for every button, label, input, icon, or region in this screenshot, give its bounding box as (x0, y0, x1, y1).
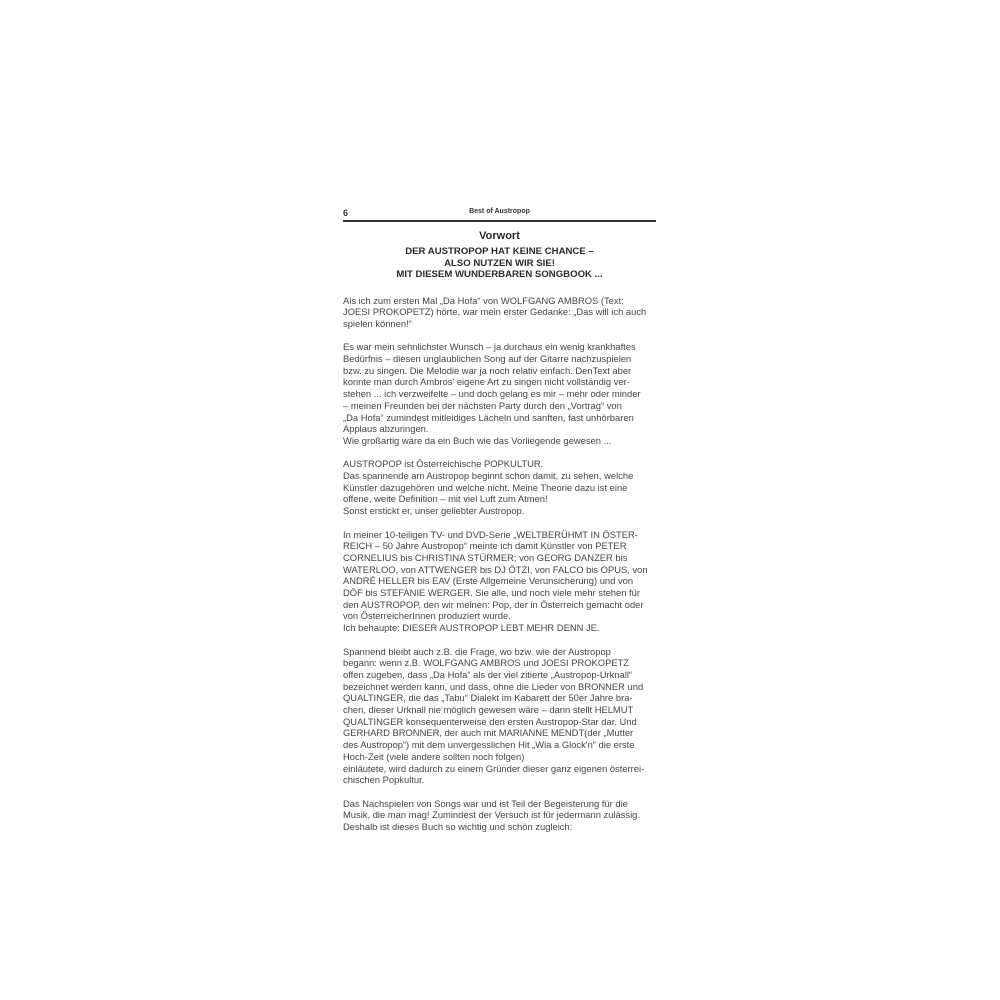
paragraph-3: AUSTROPOP ist Österreichische POPKULTUR.… (343, 458, 656, 517)
text-line: Applaus abzuringen. (343, 423, 656, 435)
page-header: 6 Best of Austropop (343, 207, 656, 220)
text-line: stehen ... ich verzweifelte – und doch g… (343, 388, 656, 400)
text-line: Künstler dazugehören und welche nicht. M… (343, 482, 656, 494)
text-line: begann: wenn z.B. WOLFGANG AMBROS und JO… (343, 657, 656, 669)
text-line: ANDRÉ HELLER bis EAV (Erste Allgemeine V… (343, 575, 656, 587)
text-line: In meiner 10-teiligen TV- und DVD-Serie … (343, 529, 656, 541)
subtitle-line: MIT DIESEM WUNDERBAREN SONGBOOK ... (343, 269, 656, 281)
paragraph-4: In meiner 10-teiligen TV- und DVD-Serie … (343, 529, 656, 634)
text-line: Es war mein sehnlichster Wunsch – ja dur… (343, 341, 656, 353)
text-line: JOESI PROKOPETZ) hörte, war mein erster … (343, 306, 656, 318)
text-line: von ÖsterreicherInnen produziert wurde. (343, 610, 656, 622)
text-line: Sonst erstickt er, unser geliebter Austr… (343, 505, 656, 517)
text-line: Wie großartig wäre da ein Buch wie das V… (343, 435, 656, 447)
text-line: Musik, die man mag! Zumindest der Versuc… (343, 809, 656, 821)
text-line: – meinen Freunden bei der nächsten Party… (343, 400, 656, 412)
text-line: QUALTINGER, die das „Tabu“ Dialekt im Ka… (343, 692, 656, 704)
subtitle-line: ALSO NUTZEN WIR SIE! (343, 258, 656, 270)
text-line: DÖF bis STEFANIE WERGER. Sie alle, und n… (343, 587, 656, 599)
text-line: Bedürfnis – diesen unglaublichen Song au… (343, 353, 656, 365)
body-text: Als ich zum ersten Mal „Da Hofa“ von WOL… (343, 295, 656, 833)
text-line: Das spannende am Austropop beginnt schon… (343, 470, 656, 482)
text-line: spielen können!“ (343, 318, 656, 330)
text-line: Deshalb ist dieses Buch so wichtig und s… (343, 821, 656, 833)
text-line: QUALTINGER konsequenterweise den ersten … (343, 716, 656, 728)
text-line: einläutete, wird dadurch zu einem Gründe… (343, 763, 656, 775)
text-line: chischen Popkultur. (343, 774, 656, 786)
text-line: konnte man durch Ambros' eigene Art zu s… (343, 376, 656, 388)
header-rule (343, 220, 656, 222)
text-line: CORNELIUS bis CHRISTINA STÜRMER; von GEO… (343, 552, 656, 564)
text-line: Als ich zum ersten Mal „Da Hofa“ von WOL… (343, 295, 656, 307)
text-line: Ich behaupte: DIESER AUSTROPOP LEBT MEHR… (343, 622, 656, 634)
text-line: des Austropop“) mit dem unvergesslichen … (343, 739, 656, 751)
section-title: Vorwort (343, 230, 656, 242)
book-page: 6 Best of Austropop Vorwort DER AUSTROPO… (343, 207, 656, 844)
text-line: Spannend bleibt auch z.B. die Frage, wo … (343, 646, 656, 658)
text-line: „Da Hofa“ zumindest mitleidiges Lächeln … (343, 412, 656, 424)
text-line: WATERLOO, von ATTWENGER bis DJ ÖTZI, von… (343, 564, 656, 576)
text-line: offene, weite Definition – mit viel Luft… (343, 493, 656, 505)
text-line: REICH – 50 Jahre Austropop“ meinte ich d… (343, 540, 656, 552)
text-line: bzw. zu singen. Die Melodie war ja noch … (343, 365, 656, 377)
text-line: Hoch-Zeit (viele andere sollten noch fol… (343, 751, 656, 763)
paragraph-5: Spannend bleibt auch z.B. die Frage, wo … (343, 646, 656, 786)
text-line: den AUSTROPOP, den wir meinen: Pop, der … (343, 599, 656, 611)
subtitle-line: DER AUSTROPOP HAT KEINE CHANCE – (343, 246, 656, 258)
text-line: chen, dieser Urknall nie möglich gewesen… (343, 704, 656, 716)
text-line: GERHARD BRONNER, der auch mit MARIANNE M… (343, 727, 656, 739)
text-line: Das Nachspielen von Songs war und ist Te… (343, 798, 656, 810)
running-title: Best of Austropop (343, 208, 656, 215)
text-line: offen zugeben, dass „Da Hofa“ als der vi… (343, 669, 656, 681)
section-subtitle: DER AUSTROPOP HAT KEINE CHANCE – ALSO NU… (343, 246, 656, 281)
text-line: AUSTROPOP ist Österreichische POPKULTUR. (343, 458, 656, 470)
paragraph-6: Das Nachspielen von Songs war und ist Te… (343, 798, 656, 833)
paragraph-2: Es war mein sehnlichster Wunsch – ja dur… (343, 341, 656, 446)
text-line: bezeichnet werden kann, und dass, ohne d… (343, 681, 656, 693)
paragraph-1: Als ich zum ersten Mal „Da Hofa“ von WOL… (343, 295, 656, 330)
